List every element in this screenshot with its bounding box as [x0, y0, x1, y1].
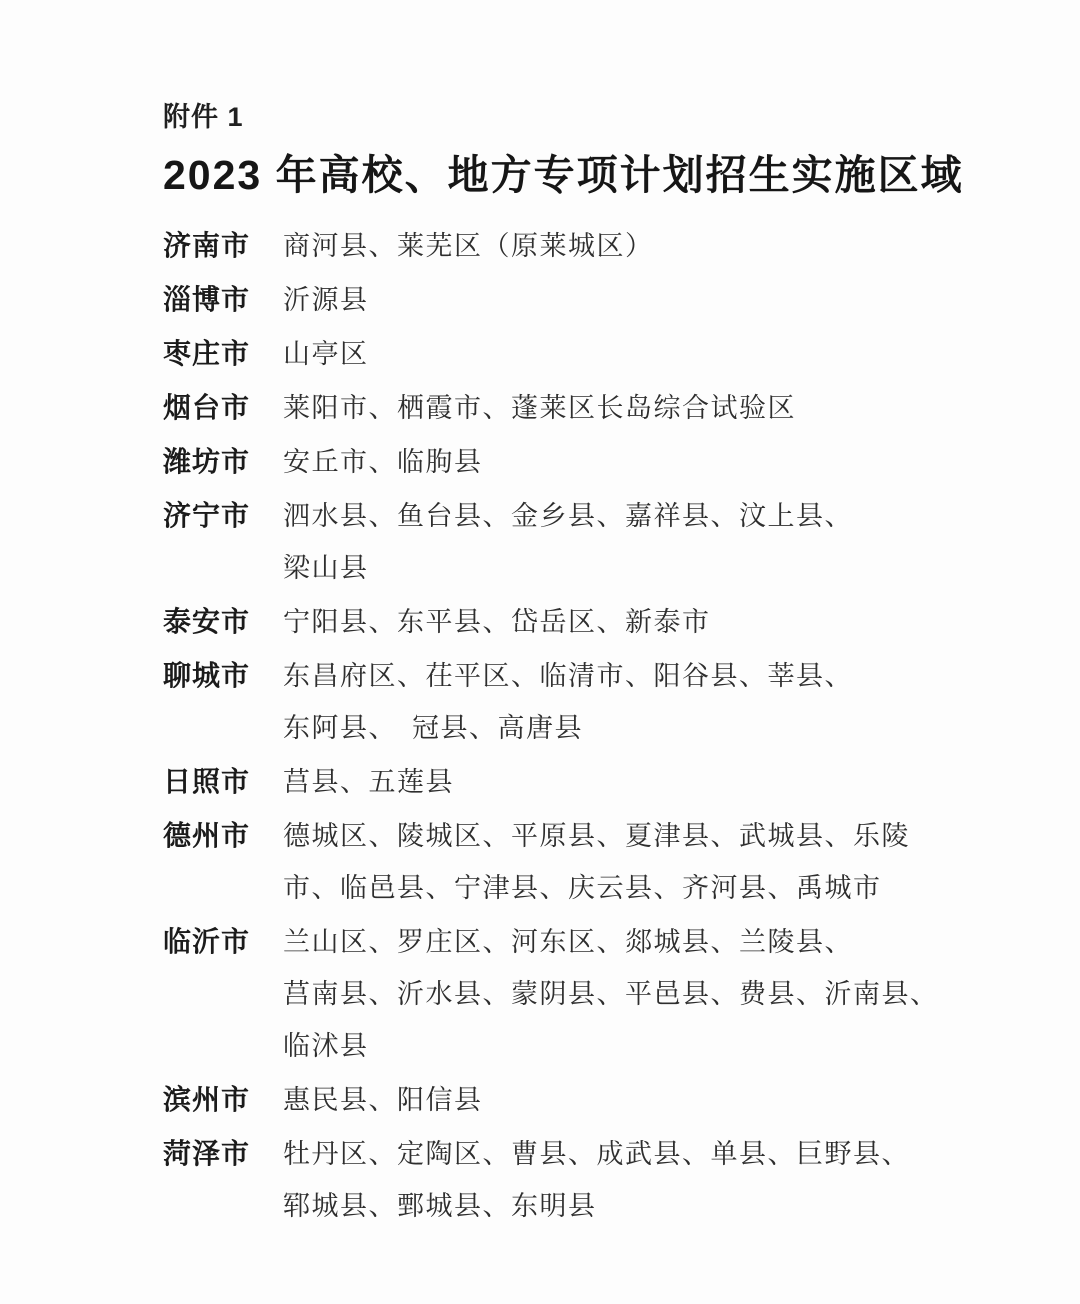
- table-row: 菏泽市牡丹区、定陶区、曹县、成武县、单县、巨野县、 郓城县、鄄城县、东明县: [163, 1128, 1020, 1232]
- city-name: 日照市: [163, 756, 283, 808]
- region-list: 安丘市、临朐县: [283, 436, 1003, 488]
- region-list: 泗水县、鱼台县、金乡县、嘉祥县、汶上县、 梁山县: [283, 490, 1003, 594]
- region-list: 山亭区: [283, 328, 1003, 380]
- document-page: 附件 1 2023 年高校、地方专项计划招生实施区域 济南市商河县、莱芜区（原莱…: [0, 0, 1080, 1304]
- table-row: 烟台市莱阳市、栖霞市、蓬莱区长岛综合试验区: [163, 382, 1020, 434]
- region-table: 济南市商河县、莱芜区（原莱城区）淄博市沂源县枣庄市山亭区烟台市莱阳市、栖霞市、蓬…: [163, 220, 1020, 1232]
- city-name: 济南市: [163, 220, 283, 272]
- page-title: 2023 年高校、地方专项计划招生实施区域: [163, 150, 1020, 200]
- city-name: 泰安市: [163, 596, 283, 648]
- region-list: 惠民县、阳信县: [283, 1074, 1003, 1126]
- table-row: 潍坊市安丘市、临朐县: [163, 436, 1020, 488]
- city-name: 济宁市: [163, 490, 283, 542]
- region-list: 兰山区、罗庄区、河东区、郯城县、兰陵县、 莒南县、沂水县、蒙阴县、平邑县、费县、…: [283, 916, 1003, 1072]
- region-list: 沂源县: [283, 274, 1003, 326]
- attachment-label: 附件 1: [163, 100, 1020, 134]
- table-row: 枣庄市山亭区: [163, 328, 1020, 380]
- table-row: 德州市德城区、陵城区、平原县、夏津县、武城县、乐陵 市、临邑县、宁津县、庆云县、…: [163, 810, 1020, 914]
- region-list: 商河县、莱芜区（原莱城区）: [283, 220, 1003, 272]
- city-name: 德州市: [163, 810, 283, 862]
- table-row: 日照市莒县、五莲县: [163, 756, 1020, 808]
- table-row: 济南市商河县、莱芜区（原莱城区）: [163, 220, 1020, 272]
- city-name: 聊城市: [163, 650, 283, 702]
- city-name: 滨州市: [163, 1074, 283, 1126]
- region-list: 莒县、五莲县: [283, 756, 1003, 808]
- city-name: 烟台市: [163, 382, 283, 434]
- city-name: 枣庄市: [163, 328, 283, 380]
- city-name: 菏泽市: [163, 1128, 283, 1180]
- table-row: 滨州市惠民县、阳信县: [163, 1074, 1020, 1126]
- region-list: 宁阳县、东平县、岱岳区、新泰市: [283, 596, 1003, 648]
- city-name: 淄博市: [163, 274, 283, 326]
- city-name: 潍坊市: [163, 436, 283, 488]
- table-row: 聊城市东昌府区、茌平区、临清市、阳谷县、莘县、 东阿县、 冠县、高唐县: [163, 650, 1020, 754]
- region-list: 莱阳市、栖霞市、蓬莱区长岛综合试验区: [283, 382, 1003, 434]
- city-name: 临沂市: [163, 916, 283, 968]
- region-list: 德城区、陵城区、平原县、夏津县、武城县、乐陵 市、临邑县、宁津县、庆云县、齐河县…: [283, 810, 1003, 914]
- region-list: 东昌府区、茌平区、临清市、阳谷县、莘县、 东阿县、 冠县、高唐县: [283, 650, 1003, 754]
- table-row: 淄博市沂源县: [163, 274, 1020, 326]
- table-row: 泰安市宁阳县、东平县、岱岳区、新泰市: [163, 596, 1020, 648]
- table-row: 济宁市泗水县、鱼台县、金乡县、嘉祥县、汶上县、 梁山县: [163, 490, 1020, 594]
- region-list: 牡丹区、定陶区、曹县、成武县、单县、巨野县、 郓城县、鄄城县、东明县: [283, 1128, 1003, 1232]
- table-row: 临沂市兰山区、罗庄区、河东区、郯城县、兰陵县、 莒南县、沂水县、蒙阴县、平邑县、…: [163, 916, 1020, 1072]
